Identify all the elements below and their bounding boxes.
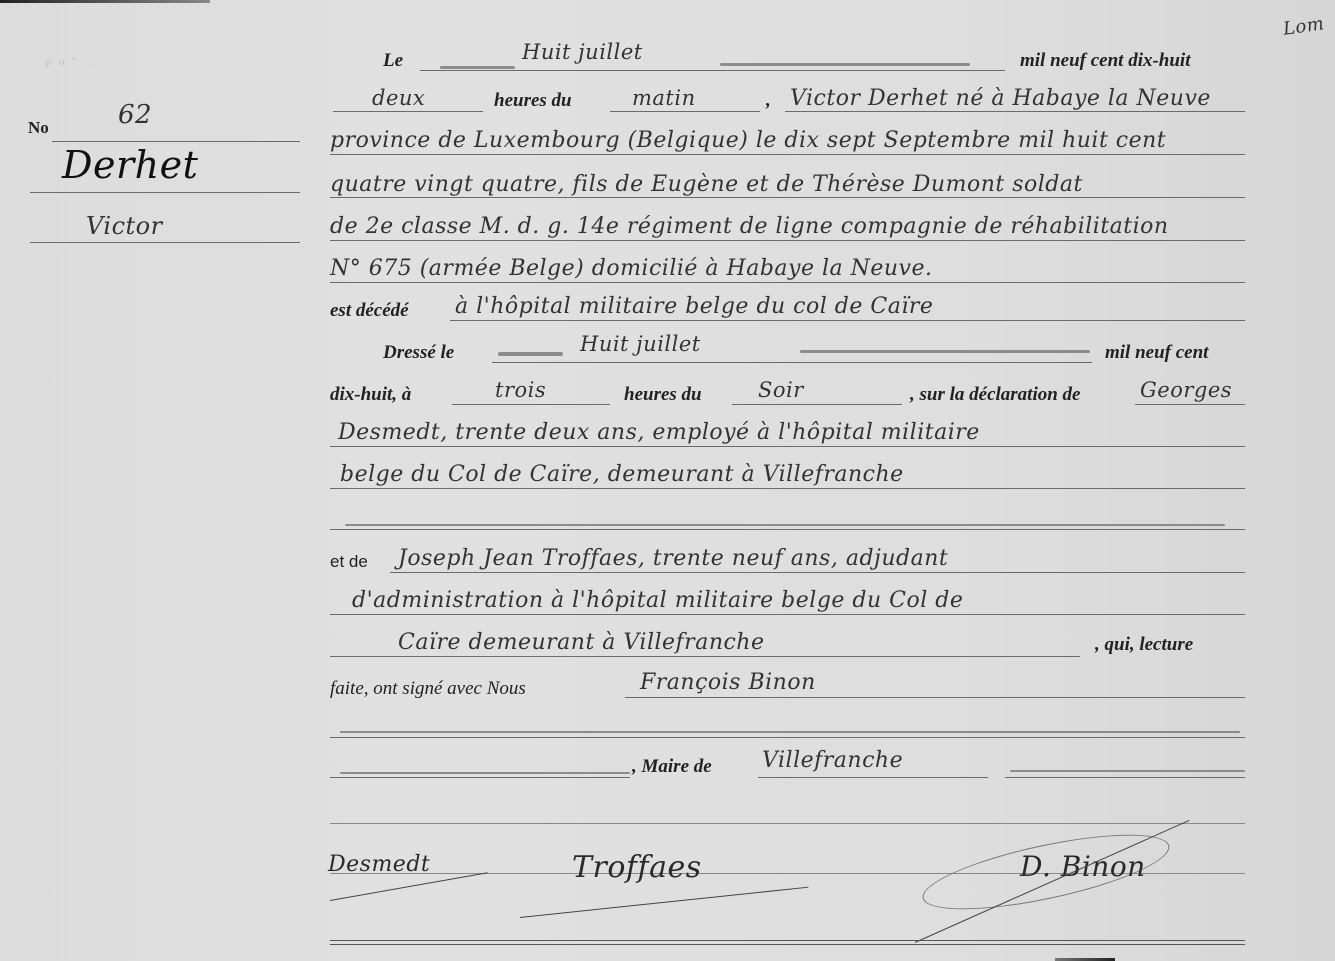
printed-text: faite, ont signé avec Nous <box>330 678 526 700</box>
printed-text: et de <box>330 552 368 572</box>
faded-header-text: p o " ... <box>45 57 99 68</box>
printed-text: , qui, lecture <box>1095 634 1193 656</box>
handwritten-text: Victor Derhet né à Habaye la Neuve <box>790 86 1211 111</box>
document-page: p o " ... No 62 Derhet Victor Lom Le Hui… <box>0 0 1335 961</box>
printed-text: dix-huit, à <box>330 384 411 406</box>
rule <box>333 111 483 112</box>
handwritten-text: belge du Col de Caïre, demeurant à Ville… <box>340 462 904 487</box>
handwritten-text: Georges <box>1140 378 1232 402</box>
printed-text: mil neuf cent <box>1105 342 1208 364</box>
rule <box>330 656 1080 657</box>
filler-stroke <box>440 66 515 69</box>
rule <box>1005 777 1245 778</box>
rule <box>330 737 1245 738</box>
act-number: 62 <box>118 100 152 130</box>
rule <box>30 242 300 243</box>
filler-stroke <box>340 772 630 774</box>
handwritten-text: province de Luxembourg (Belgique) le dix… <box>330 128 1166 153</box>
rule <box>625 697 1245 698</box>
filler-stroke <box>1010 770 1245 772</box>
handwritten-text: quatre vingt quatre, fils de Eugène et d… <box>330 172 1083 197</box>
signature-troffaes: Troffaes <box>572 850 702 885</box>
handwritten-text: François Binon <box>640 670 816 695</box>
rule <box>330 529 1245 530</box>
rule <box>330 282 1245 283</box>
printed-text: Dressé le <box>383 342 454 364</box>
printed-text: heures du <box>624 384 702 406</box>
rule <box>610 111 760 112</box>
filler-stroke <box>498 352 563 356</box>
filler-stroke <box>800 350 1090 353</box>
scan-edge <box>0 0 210 3</box>
rule <box>330 614 1245 615</box>
closing-rule <box>330 940 1245 945</box>
corner-note: Lom <box>1282 13 1326 40</box>
handwritten-text: à l'hôpital militaire belge du col de Ca… <box>455 294 933 319</box>
rule <box>330 823 1245 824</box>
rule <box>390 572 1245 573</box>
filler-stroke <box>340 731 1240 733</box>
rule <box>420 70 1005 71</box>
filler-stroke <box>720 63 970 66</box>
rule <box>330 777 630 778</box>
rule <box>758 777 988 778</box>
handwritten-text: d'administration à l'hôpital militaire b… <box>352 588 963 613</box>
filler-stroke <box>345 524 1225 526</box>
rule <box>1135 404 1245 405</box>
handwritten-text: Soir <box>758 378 804 402</box>
handwritten-text: de 2e classe M. d. g. 14e régiment de li… <box>330 214 1169 239</box>
handwritten-text: matin <box>632 86 696 110</box>
signature-flourish <box>520 887 809 918</box>
surname: Derhet <box>62 143 198 187</box>
rule <box>452 404 610 405</box>
number-label: No <box>28 118 49 138</box>
handwritten-text: Huit juillet <box>580 332 701 356</box>
rule <box>785 111 1245 112</box>
rule <box>732 404 902 405</box>
printed-text: heures du <box>494 90 572 112</box>
rule <box>330 197 1245 198</box>
printed-text: est décédé <box>330 300 409 322</box>
given-name: Victor <box>86 212 163 240</box>
rule <box>330 154 1245 155</box>
handwritten-text: Desmedt, trente deux ans, employé à l'hô… <box>338 420 980 445</box>
handwritten-text: deux <box>372 86 425 110</box>
printed-text: , sur la déclaration de <box>910 384 1080 406</box>
printed-text: mil neuf cent dix-huit <box>1020 50 1191 72</box>
signature-desmedt: Desmedt <box>328 852 430 877</box>
rule <box>330 240 1245 241</box>
rule <box>492 362 1092 363</box>
printed-text: , <box>766 90 771 112</box>
handwritten-text: Huit juillet <box>522 40 643 64</box>
printed-text: , Maire de <box>632 756 712 778</box>
handwritten-text: N° 675 (armée Belge) domicilié à Habaye … <box>330 256 932 281</box>
handwritten-text: Joseph Jean Troffaes, trente neuf ans, a… <box>398 546 948 571</box>
rule <box>450 320 1245 321</box>
rule <box>330 446 1245 447</box>
printed-text: Le <box>383 50 403 72</box>
rule <box>30 192 300 193</box>
handwritten-text: Caïre demeurant à Villefranche <box>398 630 765 655</box>
rule <box>330 488 1245 489</box>
handwritten-text: Villefranche <box>762 748 903 773</box>
handwritten-text: trois <box>495 378 546 402</box>
rule <box>52 141 300 142</box>
